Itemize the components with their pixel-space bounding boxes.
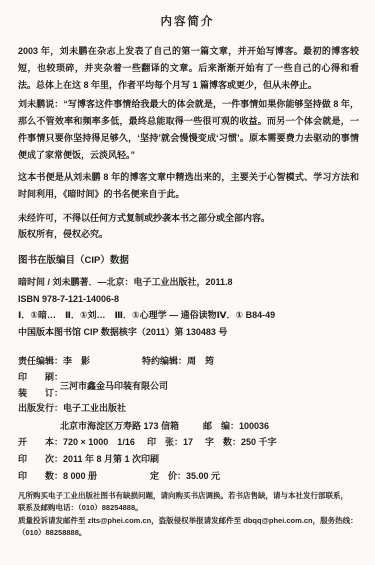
price-value: 35.00 元 [186, 471, 220, 481]
copies-label: 印 数： [18, 471, 63, 481]
cip-line-classification: Ⅰ．①暗… Ⅱ．①刘… Ⅲ．①心理学 — 通俗读物Ⅳ．① B84-49 [18, 307, 359, 324]
format-label: 开 本： [18, 437, 63, 447]
intro-paragraph-2: 刘未鹏说：“写博客这件事情给我最大的体会就是，一件事情如果你能够坚持做 8 年，… [18, 96, 359, 164]
footer-note-line-3: 质量投诉请发邮件至 zlts@phei.com.cn，盗版侵权举报请发邮件至 d… [18, 515, 361, 527]
cip-heading: 图书在版编目（CIP）数据 [18, 252, 129, 266]
sheets-label: 印 张： [147, 437, 183, 447]
publisher-address: 北京市海淀区万寿路 173 信箱 [60, 421, 179, 431]
editor-row: 责任编辑：李 影 特约编辑：周 筠 [18, 354, 360, 368]
price-label: 定 价： [150, 471, 186, 481]
footer-note-line-2: 联系及邮购电话：（010）88254888。 [18, 502, 361, 514]
impression-label: 印 次： [18, 454, 63, 464]
page-title: 内容简介 [0, 13, 375, 29]
impression-value: 2011 年 8 月第 1 次印刷 [63, 454, 159, 464]
copies-row: 印 数：8 000 册 定 价：35.00 元 [18, 469, 360, 483]
format-row: 开 本：720 × 1000 1/16 印 张：17 字 数：250 千字 [18, 435, 360, 449]
intro-paragraph-3: 这本书便是从刘未鹏 8 年的博客文章中精选出来的，主要关于心智模式、学习方法和时… [18, 169, 359, 203]
copyright-notice-line-2: 版权所有，侵权必究。 [18, 226, 359, 242]
postcode-label: 邮 编： [203, 421, 239, 431]
editor-label: 责任编辑： [18, 356, 63, 366]
binding-label: 装 订： [18, 388, 63, 398]
intro-paragraph-1: 2003 年，刘未鹏在杂志上发表了自己的第一篇文章，并开始写博客。最初的博客较短… [18, 43, 359, 94]
footer-notes: 凡所购买电子工业出版社图书有缺损问题，请向购买书店调换。若书店售缺，请与本社发行… [18, 490, 361, 539]
publisher-name: 电子工业出版社 [63, 403, 126, 413]
printer-name: 三河市鑫金马印装有限公司 [60, 379, 360, 393]
copies-value: 8 000 册 [63, 471, 97, 481]
copyright-notice: 未经许可，不得以任何方式复制或抄袭本书之部分或全部内容。 版权所有，侵权必究。 [18, 210, 359, 242]
publisher-row: 出版发行：电子工业出版社 [18, 401, 360, 415]
print-label: 印 刷： [18, 372, 63, 382]
postcode-group: 邮 编：100036 [203, 419, 269, 433]
special-editor-name: 周 筠 [187, 356, 214, 366]
publisher-label: 出版发行： [18, 403, 63, 413]
footer-note-line-4: （010）88258888。 [18, 527, 361, 539]
words-label: 字 数： [205, 437, 241, 447]
sheets-group: 印 张：17 [147, 435, 193, 449]
special-editor-label: 特约编辑： [142, 356, 187, 366]
cip-line-record-number: 中国版本图书馆 CIP 数据核字（2011）第 130483 号 [18, 324, 359, 341]
address-row: 北京市海淀区万寿路 173 信箱 邮 编：100036 [60, 419, 360, 433]
sheets-value: 17 [183, 437, 193, 447]
cip-block: 暗时间 / 刘未鹏著．—北京：电子工业出版社，2011.8 ISBN 978-7… [18, 274, 359, 340]
cip-line-title: 暗时间 / 刘未鹏著．—北京：电子工业出版社，2011.8 [18, 274, 359, 291]
impression-row: 印 次：2011 年 8 月第 1 次印刷 [18, 452, 360, 466]
copyright-notice-line-1: 未经许可，不得以任何方式复制或抄袭本书之部分或全部内容。 [18, 210, 359, 226]
cip-line-isbn: ISBN 978-7-121-14006-8 [18, 291, 359, 308]
postcode-value: 100036 [239, 421, 269, 431]
footer-note-line-1: 凡所购买电子工业出版社图书有缺损问题，请向购买书店调换。若书店售缺，请与本社发行… [18, 490, 361, 502]
book-copyright-page: 内容简介 2003 年，刘未鹏在杂志上发表了自己的第一篇文章，并开始写博客。最初… [0, 0, 375, 565]
editor-name: 李 影 [63, 356, 90, 366]
words-group: 字 数：250 千字 [205, 435, 277, 449]
format-value: 720 × 1000 1/16 [63, 437, 135, 447]
special-editor-group: 特约编辑：周 筠 [142, 354, 214, 368]
price-group: 定 价：35.00 元 [150, 469, 220, 483]
words-value: 250 千字 [241, 437, 277, 447]
